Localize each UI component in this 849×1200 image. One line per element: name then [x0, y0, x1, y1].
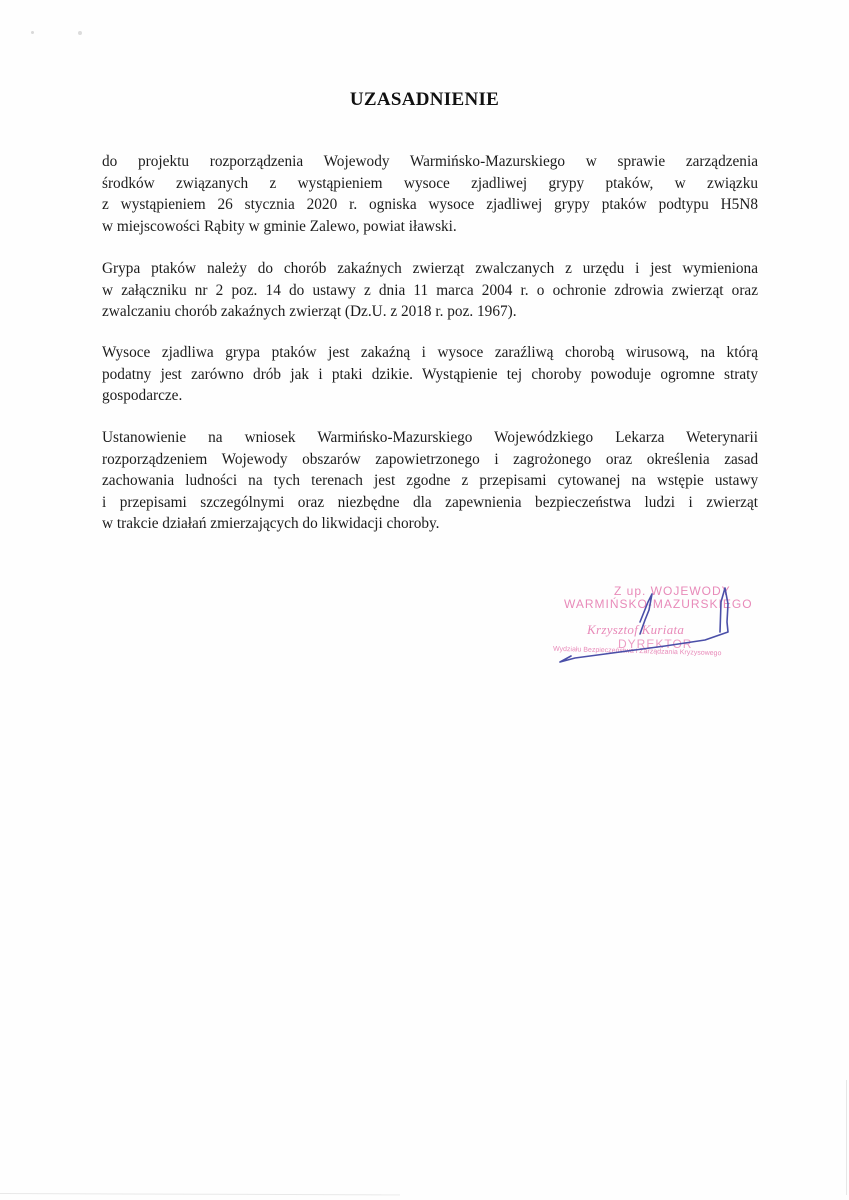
official-stamp: Z up. WOJEWODY WARMIŃSKO-MAZURSKIEGO Krz…: [545, 582, 760, 677]
scan-edge: [846, 1080, 847, 1195]
scan-edge: [0, 1193, 400, 1195]
text-line: Wysoce zjadliwa grypa ptaków jest zakaźn…: [102, 342, 758, 364]
text-line: środków związanych z wystąpieniem wysoce…: [102, 173, 758, 195]
text-line: do projektu rozporządzenia Wojewody Warm…: [102, 151, 758, 173]
text-line: zwalczaniu chorób zakaźnych zwierząt (Dz…: [102, 301, 758, 323]
text-line: w miejscowości Rąbity w gminie Zalewo, p…: [102, 216, 758, 238]
text-line: podatny jest zarówno drób jak i ptaki dz…: [102, 364, 758, 386]
paragraph-1: do projektu rozporządzenia Wojewody Warm…: [102, 151, 758, 237]
text-line: rozporządzeniem Wojewody obszarów zapowi…: [102, 449, 758, 471]
signature-icon: [545, 582, 760, 677]
paragraph-4: Ustanowienie na wniosek Warmińsko-Mazurs…: [102, 427, 758, 535]
document-title: UZASADNIENIE: [0, 89, 849, 111]
document-page: UZASADNIENIE do projektu rozporządzenia …: [0, 0, 849, 1200]
text-line: gospodarcze.: [102, 385, 758, 407]
text-line: i przepisami szczególnymi oraz niezbędne…: [102, 492, 758, 514]
paragraph-2: Grypa ptaków należy do chorób zakaźnych …: [102, 258, 758, 323]
text-line: z wystąpieniem 26 stycznia 2020 r. ognis…: [102, 194, 758, 216]
text-line: w trakcie działań zmierzających do likwi…: [102, 513, 758, 535]
scan-speck: [31, 31, 34, 34]
scan-speck: [78, 31, 82, 35]
text-line: Grypa ptaków należy do chorób zakaźnych …: [102, 258, 758, 280]
text-line: Ustanowienie na wniosek Warmińsko-Mazurs…: [102, 427, 758, 449]
text-line: w załączniku nr 2 poz. 14 do ustawy z dn…: [102, 280, 758, 302]
paragraph-3: Wysoce zjadliwa grypa ptaków jest zakaźn…: [102, 342, 758, 407]
text-line: zachowania ludności na tych terenach jes…: [102, 470, 758, 492]
